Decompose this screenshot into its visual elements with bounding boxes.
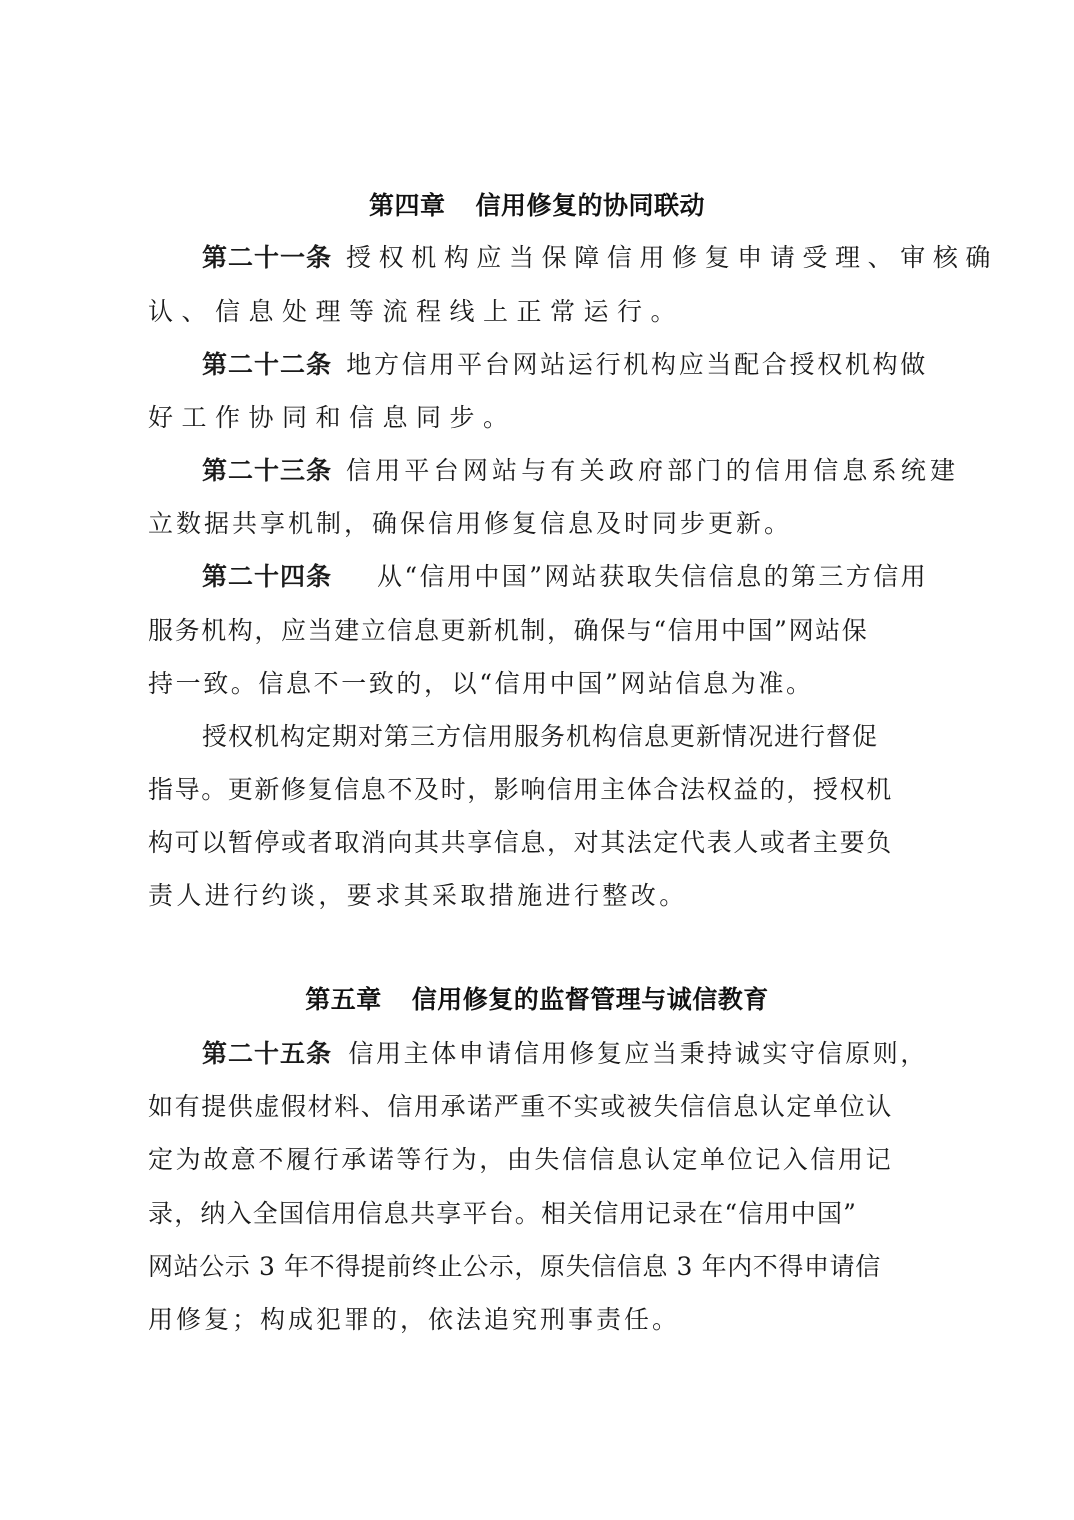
article-25-label: 第二十五条 xyxy=(202,1034,332,1074)
article-22-line-1: 第二十二条地方信用平台网站运行机构应当配合授权机构做 xyxy=(202,345,928,385)
article-24-text-1: 从“信用中国”网站获取失信信息的第三方信用 xyxy=(377,557,928,597)
article-25-line-3: 定为故意不履行承诺等行为，由失信信息认定单位记入信用记 xyxy=(148,1140,928,1180)
chapter-5-heading: 第五章信用修复的监督管理与诚信教育 xyxy=(0,980,1074,1020)
article-23-line-1: 第二十三条信用平台网站与有关政府部门的信用信息系统建 xyxy=(202,451,928,491)
article-24-label: 第二十四条 xyxy=(202,557,332,597)
article-21-label: 第二十一条 xyxy=(202,238,332,278)
article-25-line-6: 用修复；构成犯罪的，依法追究刑事责任。 xyxy=(148,1300,928,1340)
chapter-4-number: 第四章 xyxy=(369,191,446,220)
chapter-5-number: 第五章 xyxy=(305,985,382,1014)
article-24-line-2: 服务机构，应当建立信息更新机制，确保与“信用中国”网站保 xyxy=(148,611,928,651)
chapter-5-title: 信用修复的监督管理与诚信教育 xyxy=(412,985,769,1014)
article-25-text-3: 定为故意不履行承诺等行为，由失信信息认定单位记入信用记 xyxy=(148,1140,893,1180)
article-25-text-4: 录，纳入全国信用信息共享平台。相关信用记录在“信用中国” xyxy=(148,1194,857,1234)
article-24-text-3: 持一致。信息不一致的，以“信用中国”网站信息为准。 xyxy=(148,664,814,704)
article-25-line-4: 录，纳入全国信用信息共享平台。相关信用记录在“信用中国” xyxy=(148,1194,928,1234)
article-21-text-1: 授权机构应当保障信用修复申请受理、审核确 xyxy=(346,238,998,278)
article-22-line-2: 好工作协同和信息同步。 xyxy=(148,398,928,438)
article-25-text-2: 如有提供虚假材料、信用承诺严重不实或被失信信息认定单位认 xyxy=(148,1087,893,1127)
article-21-line-2: 认、信息处理等流程线上正常运行。 xyxy=(148,292,928,332)
article-25-line-1: 第二十五条信用主体申请信用修复应当秉持诚实守信原则， xyxy=(202,1034,928,1074)
document-page: 第四章信用修复的协同联动 第二十一条授权机构应当保障信用修复申请受理、审核确 认… xyxy=(0,0,1074,1520)
paragraph-supervision-text-3: 构可以暂停或者取消向其共享信息，对其法定代表人或者主要负 xyxy=(148,823,893,863)
article-23-text-2: 立数据共享机制，确保信用修复信息及时同步更新。 xyxy=(148,504,792,544)
paragraph-supervision-text-1: 授权机构定期对第三方信用服务机构信息更新情况进行督促 xyxy=(202,717,878,757)
article-24-text-2: 服务机构，应当建立信息更新机制，确保与“信用中国”网站保 xyxy=(148,611,868,651)
chapter-4-title: 信用修复的协同联动 xyxy=(476,191,706,220)
paragraph-supervision-line-1: 授权机构定期对第三方信用服务机构信息更新情况进行督促 xyxy=(202,717,928,757)
article-23-label: 第二十三条 xyxy=(202,451,332,491)
paragraph-supervision-text-2: 指导。更新修复信息不及时，影响信用主体合法权益的，授权机 xyxy=(148,770,893,810)
article-24-line-3: 持一致。信息不一致的，以“信用中国”网站信息为准。 xyxy=(148,664,928,704)
article-22-text-1: 地方信用平台网站运行机构应当配合授权机构做 xyxy=(346,345,928,385)
article-22-label: 第二十二条 xyxy=(202,345,332,385)
article-25-text-5: 网站公示 3 年不得提前终止公示，原失信信息 3 年内不得申请信 xyxy=(148,1247,881,1287)
article-25-text-6: 用修复；构成犯罪的，依法追究刑事责任。 xyxy=(148,1300,680,1340)
article-25-line-2: 如有提供虚假材料、信用承诺严重不实或被失信信息认定单位认 xyxy=(148,1087,928,1127)
article-21-line-1: 第二十一条授权机构应当保障信用修复申请受理、审核确 xyxy=(202,238,928,278)
article-25-text-1: 信用主体申请信用修复应当秉持诚实守信原则， xyxy=(348,1034,928,1074)
paragraph-supervision-line-2: 指导。更新修复信息不及时，影响信用主体合法权益的，授权机 xyxy=(148,770,928,810)
article-24-line-1: 第二十四条从“信用中国”网站获取失信信息的第三方信用 xyxy=(202,557,928,597)
paragraph-supervision-text-4: 责人进行约谈，要求其采取措施进行整改。 xyxy=(148,876,688,916)
article-22-text-2: 好工作协同和信息同步。 xyxy=(148,398,517,438)
article-23-text-1: 信用平台网站与有关政府部门的信用信息系统建 xyxy=(346,451,959,491)
chapter-4-heading: 第四章信用修复的协同联动 xyxy=(0,186,1074,226)
paragraph-supervision-line-4: 责人进行约谈，要求其采取措施进行整改。 xyxy=(148,876,928,916)
article-25-line-5: 网站公示 3 年不得提前终止公示，原失信信息 3 年内不得申请信 xyxy=(148,1247,928,1287)
paragraph-supervision-line-3: 构可以暂停或者取消向其共享信息，对其法定代表人或者主要负 xyxy=(148,823,928,863)
article-23-line-2: 立数据共享机制，确保信用修复信息及时同步更新。 xyxy=(148,504,928,544)
article-21-text-2: 认、信息处理等流程线上正常运行。 xyxy=(148,292,684,332)
